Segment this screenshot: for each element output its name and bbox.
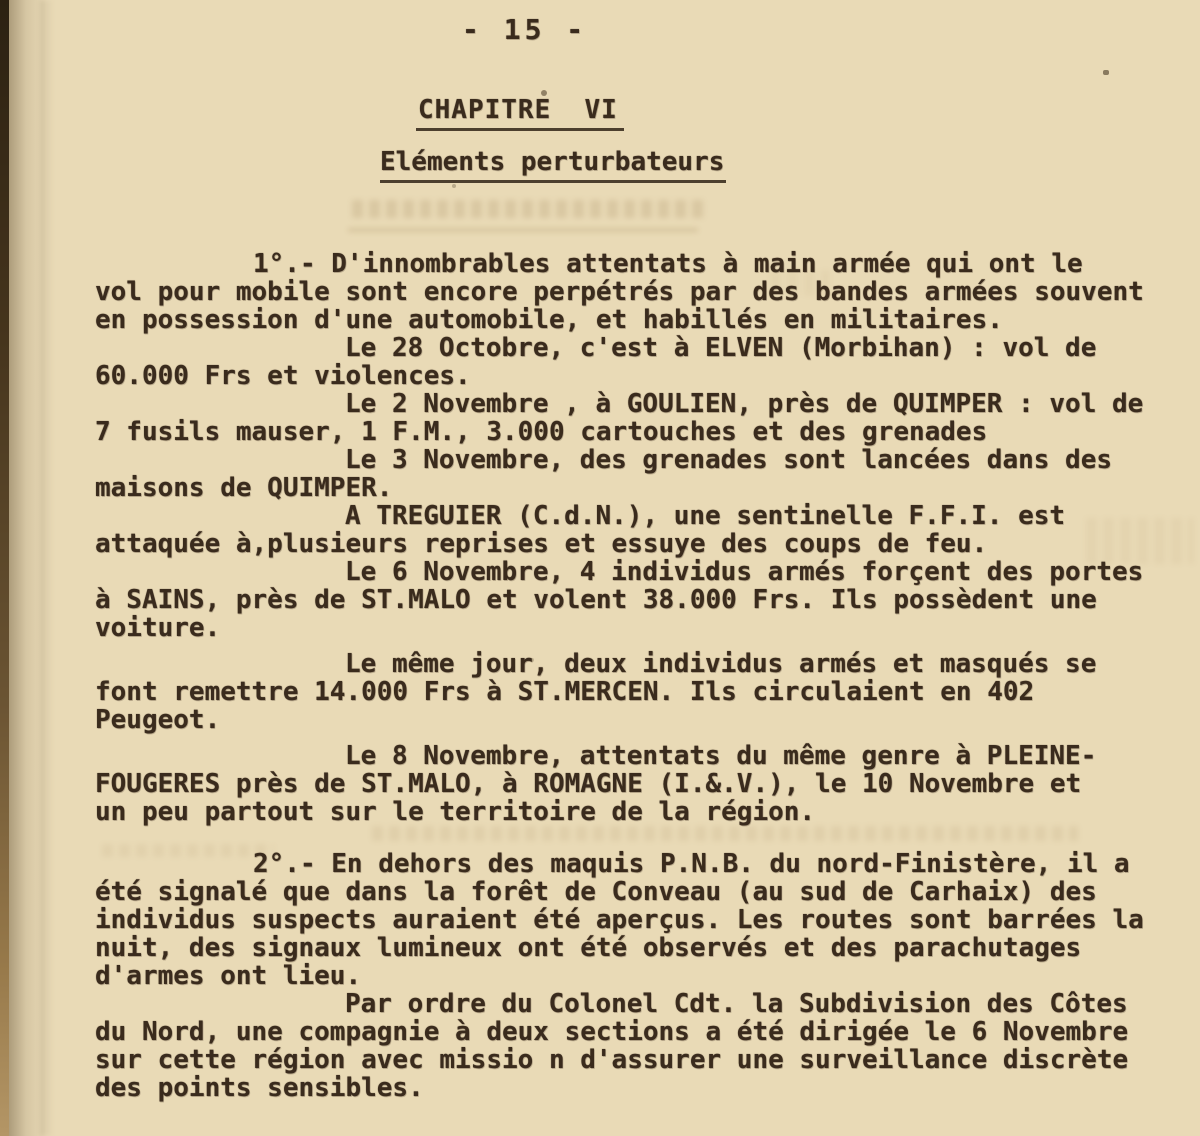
text-line: d'armes ont lieu. bbox=[95, 962, 1170, 990]
text-line: individus suspects auraient été aperçus.… bbox=[95, 906, 1170, 934]
text-line: attaquée à,plusieurs reprises et essuye … bbox=[95, 530, 1170, 558]
bleedthrough-smudge bbox=[352, 200, 708, 218]
text-line: FOUGERES près de ST.MALO, à ROMAGNE (I.&… bbox=[95, 770, 1170, 798]
text-line: des points sensibles. bbox=[95, 1074, 1170, 1102]
paper-speck bbox=[1103, 70, 1109, 75]
book-spine-edge bbox=[0, 0, 9, 1136]
text-line: un peu partout sur le territoire de la r… bbox=[95, 798, 1170, 826]
text-line: 2°.- En dehors des maquis P.N.B. du nord… bbox=[253, 850, 1170, 878]
text-line: nuit, des signaux lumineux ont été obser… bbox=[95, 934, 1170, 962]
chapter-heading: CHAPITRE VI bbox=[416, 95, 624, 131]
text-line: Le 3 Novembre, des grenades sont lancées… bbox=[345, 446, 1170, 474]
scanned-document-page: - 15 - CHAPITRE VI Eléments perturbateur… bbox=[0, 0, 1200, 1136]
text-line: 1°.- D'innombrables attentats à main arm… bbox=[253, 250, 1170, 278]
bleedthrough-underline bbox=[348, 228, 698, 232]
text-line: Par ordre du Colonel Cdt. la Subdivision… bbox=[345, 990, 1170, 1018]
text-line: Peugeot. bbox=[95, 706, 1170, 734]
text-line: Le même jour, deux individus armés et ma… bbox=[345, 650, 1170, 678]
text-line: Le 6 Novembre, 4 individus armés forçent… bbox=[345, 558, 1170, 586]
text-line: en possession d'une automobile, et habil… bbox=[95, 306, 1170, 334]
text-line: vol pour mobile sont encore perpétrés pa… bbox=[95, 278, 1170, 306]
text-line: sur cette région avec missio n d'assurer… bbox=[95, 1046, 1170, 1074]
text-line: à SAINS, près de ST.MALO et volent 38.00… bbox=[95, 586, 1170, 614]
text-line: maisons de QUIMPER. bbox=[95, 474, 1170, 502]
paper-speck bbox=[452, 184, 456, 188]
text-line: Le 2 Novembre , à GOULIEN, près de QUIMP… bbox=[345, 390, 1170, 418]
text-line: 60.000 Frs et violences. bbox=[95, 362, 1170, 390]
section-heading: Eléments perturbateurs bbox=[380, 147, 726, 183]
text-line: Le 28 Octobre, c'est à ELVEN (Morbihan) … bbox=[345, 334, 1170, 362]
text-line: voiture. bbox=[95, 614, 1170, 642]
page-number: - 15 - bbox=[462, 13, 587, 46]
text-line: 7 fusils mauser, 1 F.M., 3.000 cartouche… bbox=[95, 418, 1170, 446]
document-body: 1°.- D'innombrables attentats à main arm… bbox=[95, 250, 1170, 1102]
text-line: A TREGUIER (C.d.N.), une sentinelle F.F.… bbox=[345, 502, 1170, 530]
text-line: du Nord, une compagnie à deux sections a… bbox=[95, 1018, 1170, 1046]
paper-crease bbox=[40, 0, 54, 1136]
text-line: Le 8 Novembre, attentats du même genre à… bbox=[345, 742, 1170, 770]
text-line: font remettre 14.000 Frs à ST.MERCEN. Il… bbox=[95, 678, 1170, 706]
text-line: été signalé que dans la forêt de Conveau… bbox=[95, 878, 1170, 906]
